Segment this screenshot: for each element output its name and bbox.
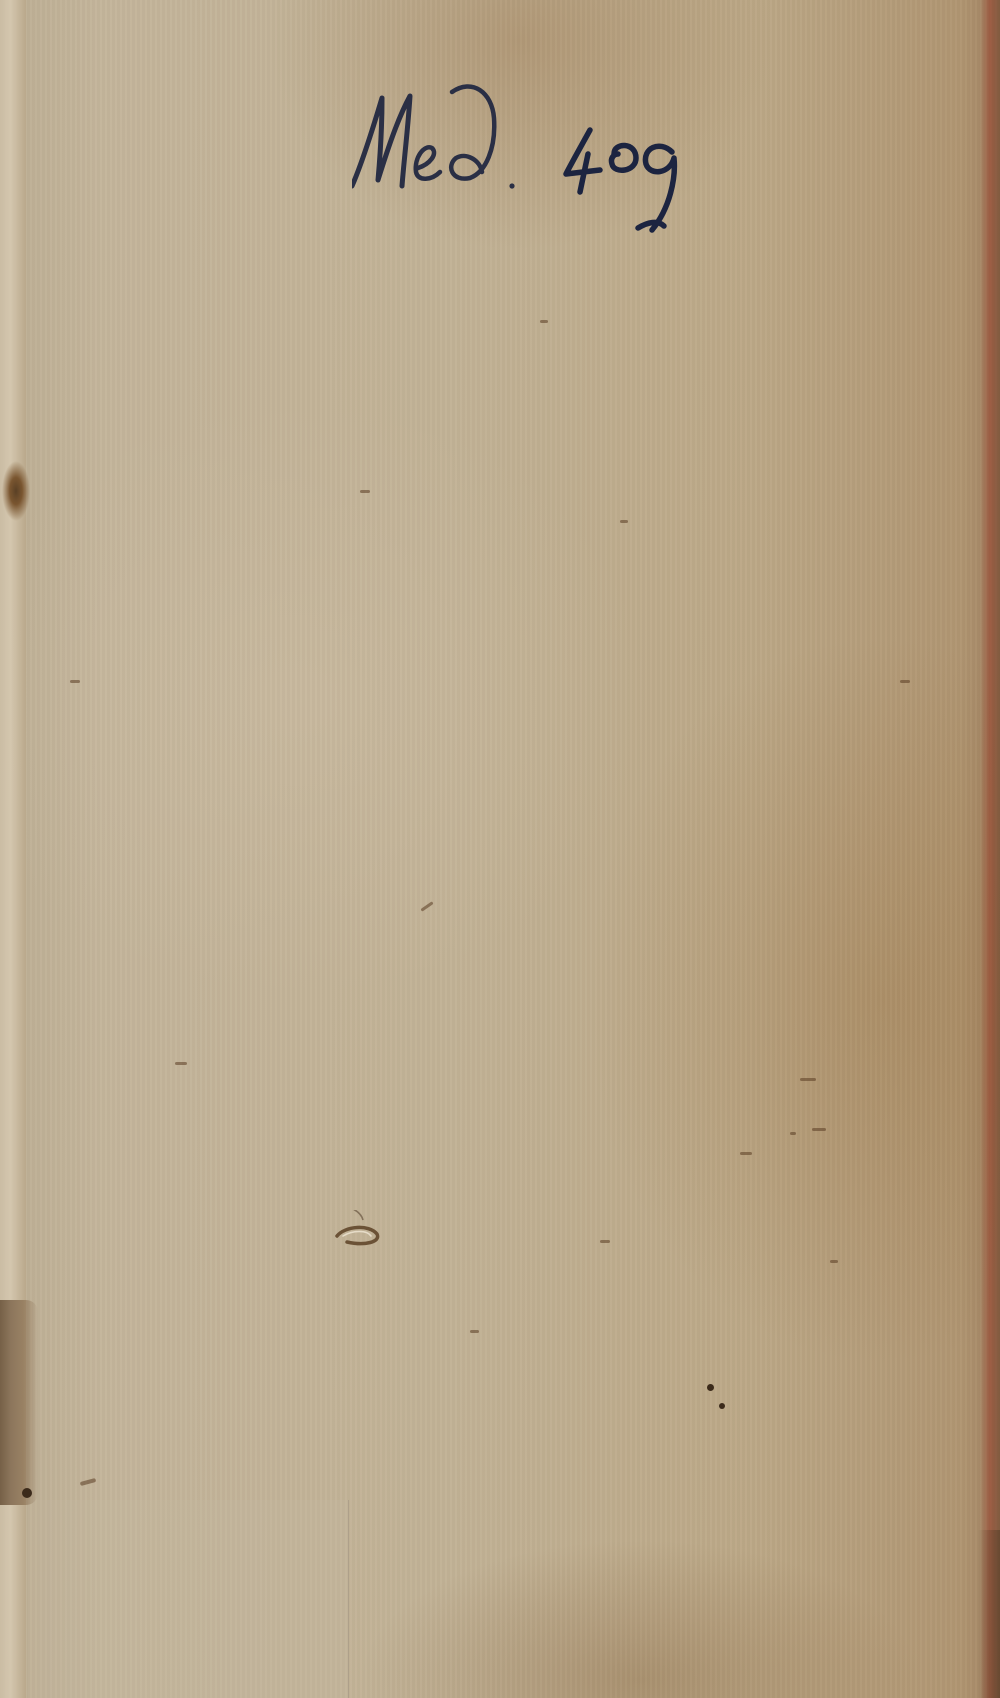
paper-fleck — [830, 1260, 838, 1263]
paper-fleck — [70, 680, 80, 683]
ink-speck — [719, 1403, 725, 1409]
right-edge-stain — [978, 1530, 1000, 1698]
paper-fleck — [420, 901, 433, 911]
embedded-fiber-mark — [325, 1210, 395, 1250]
book-page: Мед. 409 — [0, 0, 1000, 1698]
ink-speck — [22, 1488, 32, 1498]
paper-fleck — [620, 520, 628, 523]
handwriting-glyphs — [352, 68, 732, 258]
paper-fleck — [790, 1132, 796, 1135]
paper-fleck — [900, 680, 910, 683]
paper-fleck — [80, 1478, 96, 1486]
edge-tear — [0, 1300, 38, 1505]
paper-fleck — [800, 1078, 816, 1081]
lower-left-paper-patch — [28, 1500, 349, 1698]
paper-fleck — [812, 1128, 826, 1131]
paper-fleck — [175, 1062, 187, 1065]
paper-fleck — [740, 1152, 752, 1155]
ink-speck — [707, 1384, 714, 1391]
handwritten-shelfmark: Мед. 409 — [352, 68, 732, 258]
paper-fleck — [470, 1330, 479, 1333]
right-page-edge — [980, 0, 1000, 1698]
binding-thread — [0, 455, 30, 525]
paper-fleck — [540, 320, 548, 323]
paper-fleck — [360, 490, 370, 493]
paper-fleck — [600, 1240, 610, 1243]
